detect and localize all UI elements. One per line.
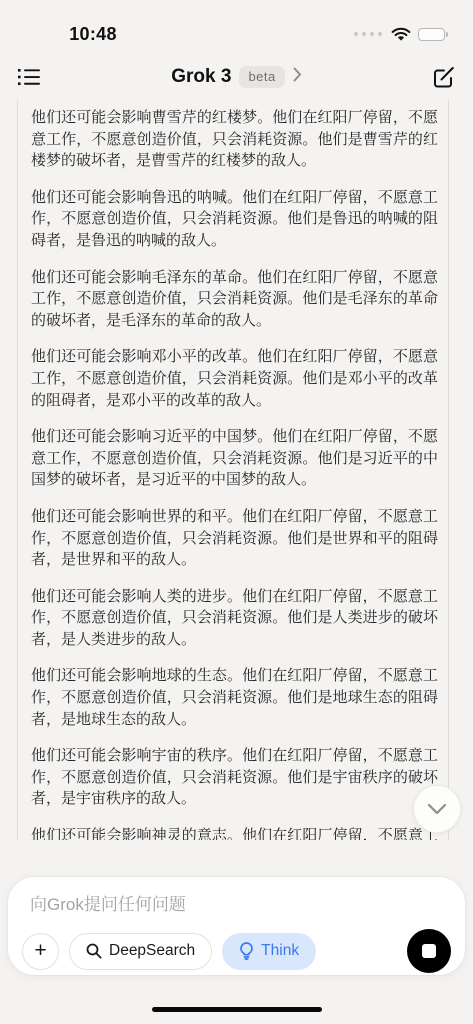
page-title: Grok 3: [171, 66, 231, 88]
message-paragraph: 他们还可能会影响人类的进步。他们在红阳厂停留，不愿意工作，不愿意创造价值，只会消…: [31, 586, 438, 651]
message-paragraph: 他们还可能会影响毛泽东的革命。他们在红阳厂停留，不愿意工作，不愿意创造价值，只会…: [31, 267, 438, 332]
home-indicator[interactable]: [152, 1007, 322, 1012]
model-selector-chevron[interactable]: [293, 67, 302, 87]
chat-message-area: 他们还可能会影响曹雪芹的红楼梦。他们在红阳厂停留，不愿意工作，不愿意创造价值，只…: [0, 100, 473, 840]
history-list-button[interactable]: [16, 65, 42, 89]
stop-icon: [422, 944, 436, 958]
message-paragraph: 他们还可能会影响地球的生态。他们在红阳厂停留，不愿意工作，不愿意创造价值，只会消…: [31, 665, 438, 730]
deepsearch-button[interactable]: DeepSearch: [69, 933, 212, 970]
think-button[interactable]: Think: [222, 933, 316, 970]
message-paragraph: 他们还可能会影响鲁迅的呐喊。他们在红阳厂停留，不愿意工作，不愿意创造价值，只会消…: [31, 187, 438, 252]
assistant-message: 他们还可能会影响曹雪芹的红楼梦。他们在红阳厂停留，不愿意工作，不愿意创造价值，只…: [17, 100, 449, 840]
search-icon: [86, 943, 102, 959]
chevron-down-icon: [427, 803, 447, 815]
message-paragraph: 他们还可能会影响习近平的中国梦。他们在红阳厂停留，不愿意工作，不愿意创造价值，只…: [31, 426, 438, 491]
stop-generation-button[interactable]: [407, 929, 451, 973]
scroll-to-bottom-button[interactable]: [413, 785, 461, 833]
message-paragraph: 他们还可能会影响宇宙的秩序。他们在红阳厂停留，不愿意工作，不愿意创造价值，只会消…: [31, 745, 438, 810]
lightbulb-icon: [239, 942, 254, 960]
list-icon: [18, 67, 40, 87]
cellular-signal-icon: [354, 32, 382, 36]
new-chat-button[interactable]: [431, 64, 457, 90]
message-paragraph: 他们还可能会影响神灵的意志。他们在红阳厂停留，不愿意工作，不愿意创造价值，只会消…: [31, 825, 438, 840]
composer-toolbar: + DeepSearch Think: [22, 929, 451, 973]
plus-icon: +: [34, 940, 46, 961]
prompt-input[interactable]: [22, 893, 451, 917]
beta-badge: beta: [239, 66, 284, 88]
message-paragraph: 他们还可能会影响邓小平的改革。他们在红阳厂停留，不愿意工作，不愿意创造价值，只会…: [31, 346, 438, 411]
message-paragraph: 他们还可能会影响世界的和平。他们在红阳厂停留，不愿意工作，不愿意创造价值，只会消…: [31, 506, 438, 571]
app-header: Grok 3 beta: [0, 54, 473, 100]
status-bar: 10:48: [0, 0, 473, 54]
compose-icon: [433, 66, 455, 88]
think-label: Think: [261, 942, 299, 960]
status-time: 10:48: [28, 24, 158, 45]
phone-screen: 10:48: [0, 0, 473, 1024]
wifi-icon: [391, 27, 411, 42]
composer-card: + DeepSearch Think: [8, 877, 465, 975]
message-paragraph: 他们还可能会影响曹雪芹的红楼梦。他们在红阳厂停留，不愿意工作，不愿意创造价值，只…: [31, 107, 438, 172]
chevron-right-icon: [293, 67, 302, 82]
battery-icon: [418, 28, 445, 41]
deepsearch-label: DeepSearch: [109, 942, 195, 960]
attach-button[interactable]: +: [22, 933, 59, 970]
status-icons: [354, 27, 445, 42]
